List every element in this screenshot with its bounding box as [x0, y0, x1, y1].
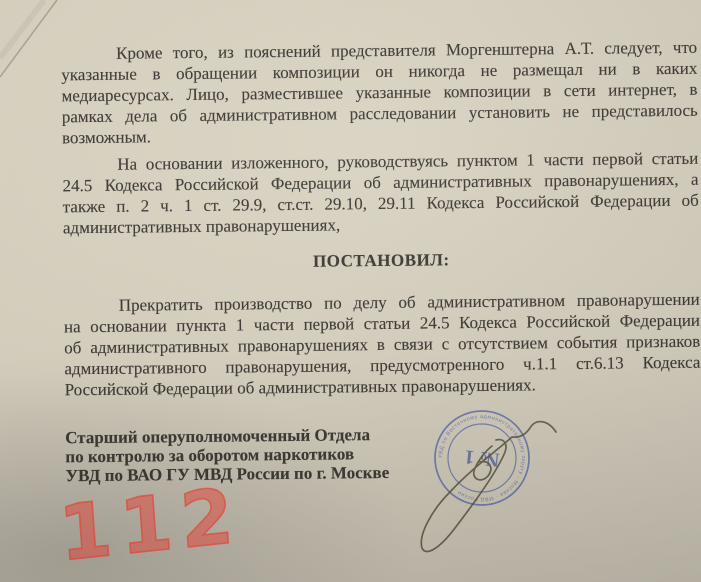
signature-block: Старший оперуполномоченный Отдела по кон…	[65, 425, 426, 486]
handwritten-page-number: 112	[50, 478, 240, 582]
paragraph-2: На основании изложенного, руководствуясь…	[62, 148, 699, 239]
decree-heading: ПОСТАНОВИЛ:	[63, 247, 699, 275]
paragraph-3: Прекратить производство по делу об админ…	[64, 289, 701, 401]
signatory-title-line: УВД по ВАО ГУ МВД России по г. Москве	[65, 463, 425, 486]
handwritten-number-text: 112	[56, 478, 240, 578]
document-text: Кроме того, из пояснений представителя М…	[61, 37, 701, 486]
document-page: Кроме того, из пояснений представителя М…	[0, 0, 701, 582]
paragraph-1: Кроме того, из пояснений представителя М…	[61, 37, 698, 149]
